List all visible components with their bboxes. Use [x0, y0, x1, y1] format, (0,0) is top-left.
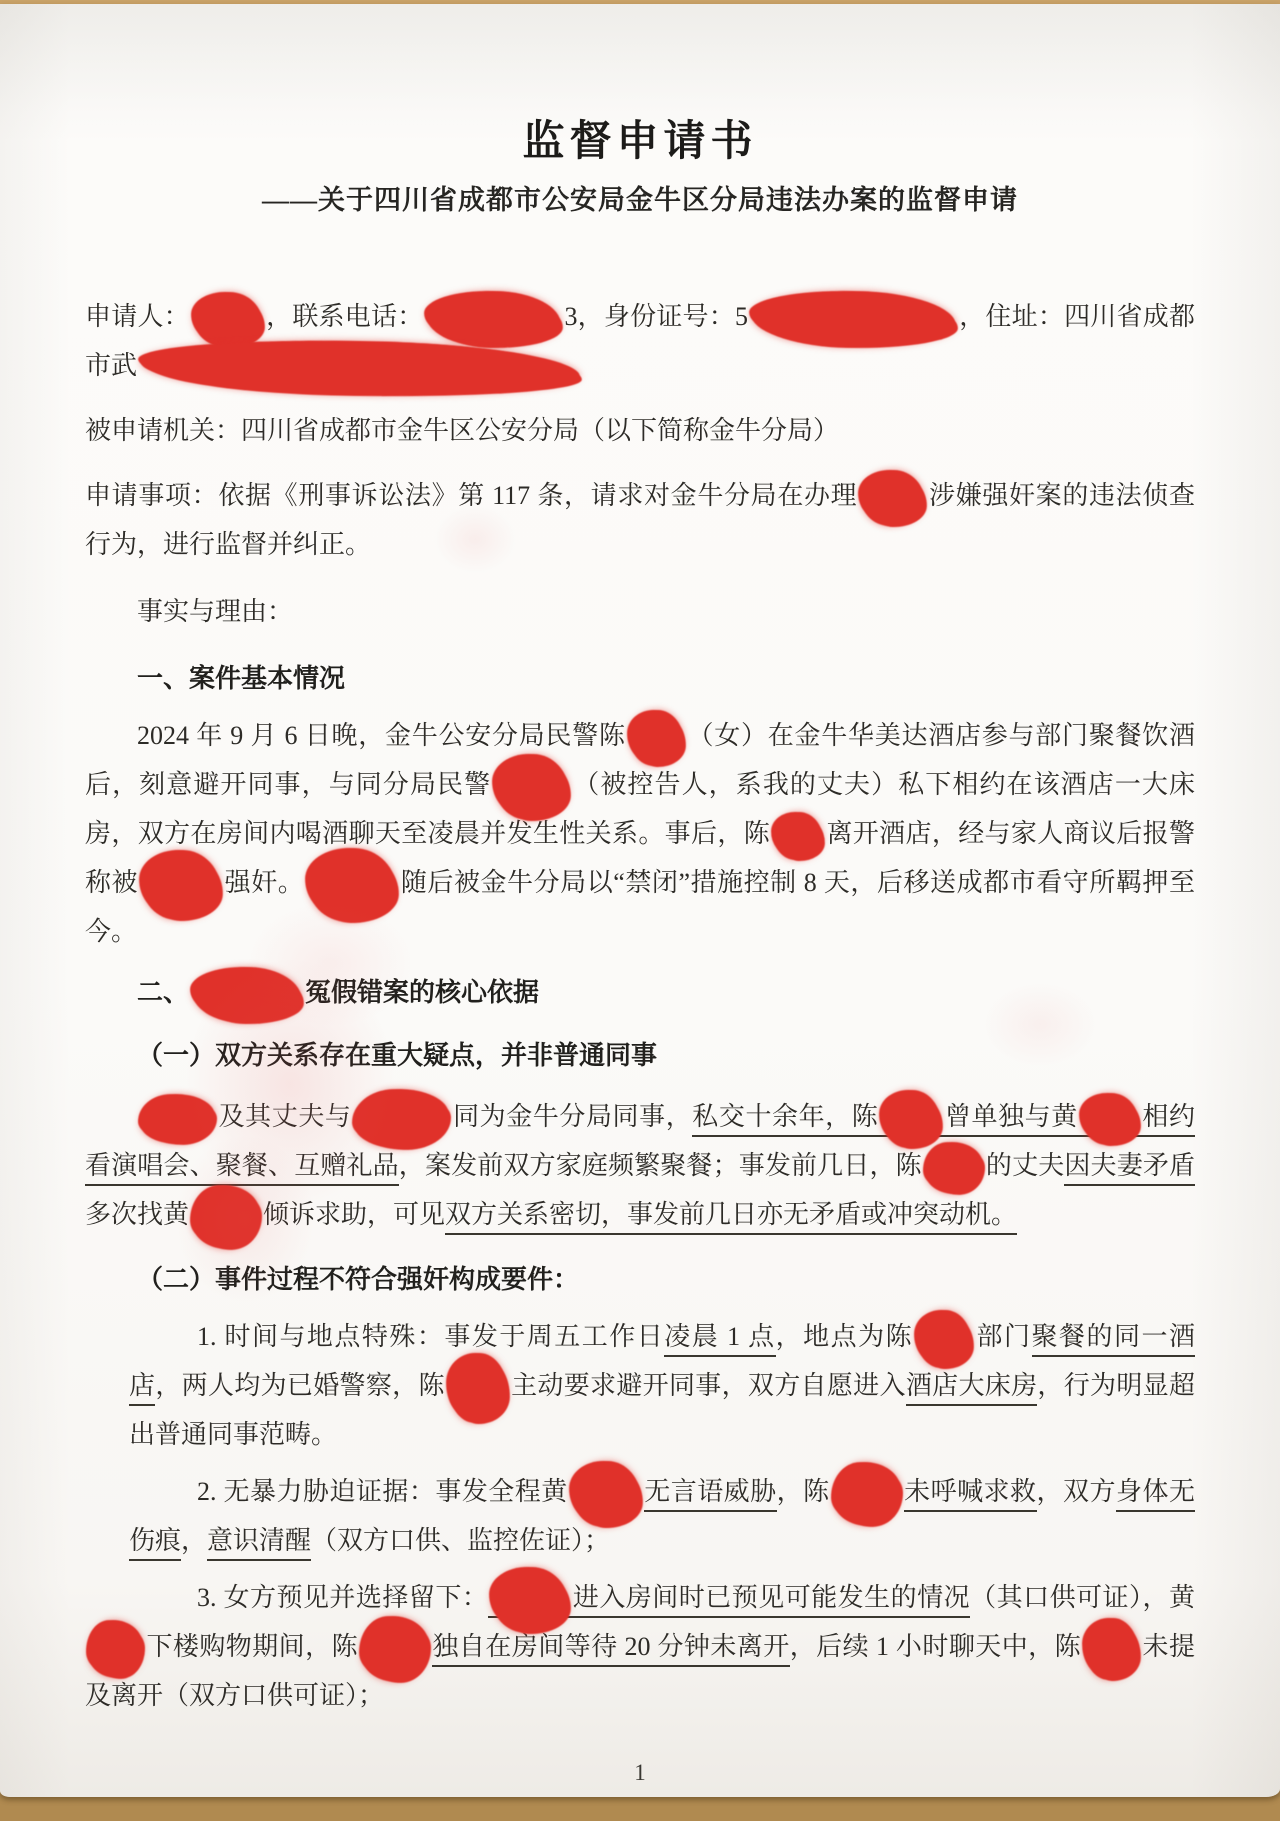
text-run: 申请人：	[85, 302, 190, 331]
section-1-body: 2024 年 9 月 6 日晚，金牛公安分局民警陈（女）在金牛华美达酒店参与部门…	[85, 711, 1195, 956]
redaction-mark	[1083, 1618, 1139, 1681]
text-run: ，	[181, 1526, 207, 1555]
redaction-mark	[570, 1460, 641, 1527]
page-number: 1	[85, 1758, 1195, 1788]
redaction-mark	[773, 812, 824, 861]
text-run: 主动要求避开同事，双方自愿进入	[511, 1371, 906, 1400]
redaction-mark	[916, 1309, 973, 1368]
redaction-mark	[191, 966, 302, 1024]
point-1: 1. 时间与地点特殊：事发于周五工作日凌晨 1 点，地点为陈部门聚餐的同一酒店，…	[129, 1312, 1195, 1459]
redaction-mark	[494, 753, 570, 820]
section-1-heading: 一、案件基本情况	[85, 654, 1195, 703]
redaction-mark	[924, 1141, 983, 1194]
text-run: 事实与理由：	[137, 597, 293, 626]
text-run: 下楼购物期间，陈	[146, 1632, 358, 1661]
text-run: 冤假错案的核心依据	[305, 978, 539, 1007]
subsection-2-1-heading: （一）双方关系存在重大疑点，并非普通同事	[85, 1031, 1195, 1080]
redacted-text	[857, 481, 928, 510]
redaction-mark	[307, 847, 398, 923]
text-run: 二、	[137, 978, 189, 1007]
text-run: 曾单独与黄	[944, 1102, 1077, 1137]
text-run: 3，身份证号：5	[564, 302, 748, 331]
text-run: ，案发前双方家庭频繁聚餐；事发前几日，陈	[399, 1151, 922, 1180]
redaction-mark	[447, 1352, 508, 1423]
text-run: （双方口供、监控佐证）；	[311, 1526, 610, 1555]
text-run: 同为金牛分局同事，	[452, 1102, 692, 1131]
text-run: 2. 无暴力胁迫证据：事发全程黄	[197, 1477, 568, 1506]
text-run: （其口供可证），黄	[970, 1583, 1195, 1612]
text-run: 因夫妻矛盾	[1064, 1151, 1195, 1186]
text-run: ，地点为陈	[776, 1322, 913, 1351]
respondent-info: 被申请机关：四川省成都市金牛区公安分局（以下简称金牛分局）	[85, 406, 1195, 455]
redaction-mark	[140, 337, 581, 399]
redacted-text	[770, 819, 826, 848]
redaction-mark	[1080, 1092, 1139, 1145]
text-run: 进入房间时已预见可能发生的情况	[572, 1583, 970, 1618]
text-run: 酒店大床房	[906, 1371, 1038, 1406]
redacted-text	[351, 1102, 452, 1131]
redaction-mark	[832, 1461, 901, 1526]
text-run: 意识清醒	[207, 1526, 311, 1561]
text-run: ，双方	[1037, 1477, 1116, 1506]
redaction-mark	[750, 289, 956, 349]
text-run: 多次找黄	[85, 1200, 189, 1229]
document-title: 监督申请书	[85, 114, 1195, 170]
point-3: 3. 女方预见并选择留下：进入房间时已预见可能发生的情况（其口供可证），黄下楼购…	[85, 1573, 1195, 1720]
redaction-mark	[426, 290, 562, 349]
applicant-info: 申请人：，联系电话：3，身份证号：5，住址：四川省成都市武	[85, 292, 1195, 390]
facts-and-reasons-label: 事实与理由：	[85, 587, 1195, 636]
redacted-text	[137, 1102, 218, 1131]
redaction-mark	[354, 1088, 450, 1150]
document-content: 监督申请书 ——关于四川省成都市公安局金牛区分局违法办案的监督申请 申请人：，联…	[0, 4, 1280, 1788]
text-run: ，后续 1 小时聊天中，陈	[790, 1632, 1081, 1661]
text-run: 2024 年 9 月 6 日晚，金牛公安分局民警陈	[137, 721, 626, 750]
redaction-mark	[860, 469, 926, 526]
text-run: 双方关系密切，事发前几日亦无矛盾或冲突动机。	[445, 1200, 1017, 1235]
redacted-text	[568, 1477, 644, 1506]
redaction-mark	[360, 1615, 429, 1682]
text-run: 倾诉求助，可见	[263, 1200, 445, 1229]
redaction-mark	[192, 291, 263, 347]
redacted-text	[488, 1583, 572, 1618]
redacted-text	[137, 351, 583, 380]
text-run: 凌晨 1 点	[664, 1322, 775, 1357]
text-run: 一、案件基本情况	[137, 664, 345, 693]
redacted-text	[189, 1200, 263, 1229]
photo-background: { "page": { "title": "监督申请书", "subtitle"…	[0, 0, 1280, 1821]
redaction-mark	[491, 1566, 570, 1633]
redacted-text	[922, 1151, 986, 1180]
redacted-text	[748, 302, 959, 331]
redacted-text	[423, 302, 564, 331]
redacted-text	[85, 1632, 146, 1661]
text-run: 强奸。	[224, 868, 304, 897]
text-run: 无言语威胁	[644, 1477, 777, 1512]
document-subtitle: ——关于四川省成都市公安局金牛区分局违法办案的监督申请	[85, 180, 1195, 220]
text-run: ，联系电话：	[266, 302, 424, 331]
text-run: 及其丈夫与	[218, 1102, 351, 1131]
paper-sheet: 监督申请书 ——关于四川省成都市公安局金牛区分局违法办案的监督申请 申请人：，联…	[0, 4, 1280, 1797]
text-run: 申请事项：依据《刑事诉讼法》第 117 条，请求对金牛分局在办理	[85, 481, 857, 510]
redaction-mark	[628, 710, 684, 767]
redacted-text	[358, 1632, 432, 1661]
redacted-text	[190, 302, 266, 331]
redacted-text	[189, 978, 305, 1007]
subsection-2-2-heading: （二）事件过程不符合强奸构成要件：	[85, 1255, 1195, 1304]
redacted-text	[830, 1477, 904, 1506]
redaction-mark	[881, 1089, 942, 1148]
section-2-heading: 二、冤假错案的核心依据	[85, 968, 1195, 1017]
text-run: 未呼喊求救	[904, 1477, 1037, 1512]
redacted-text	[878, 1102, 944, 1137]
redaction-mark	[140, 849, 221, 921]
text-run: ，两人均为已婚警察，陈	[155, 1371, 444, 1400]
text-run: 的丈夫	[986, 1151, 1065, 1180]
text-run: ，陈	[777, 1477, 830, 1506]
text-run: 部门	[975, 1322, 1031, 1351]
redacted-text	[304, 868, 400, 897]
redacted-text	[491, 770, 572, 799]
subsection-2-1-body: 及其丈夫与同为金牛分局同事，私交十余年，陈曾单独与黄相约看演唱会、聚餐、互赠礼品…	[85, 1092, 1195, 1239]
redaction-mark	[191, 1184, 260, 1249]
redacted-text	[913, 1322, 975, 1351]
text-run: 1. 时间与地点特殊：事发于周五工作日	[197, 1322, 664, 1351]
redacted-text	[138, 868, 224, 897]
redacted-text	[1081, 1632, 1142, 1661]
text-run: （一）双方关系存在重大疑点，并非普通同事	[137, 1041, 657, 1070]
redacted-text	[1078, 1102, 1142, 1137]
redacted-text	[626, 721, 687, 750]
redaction-mark	[87, 1619, 143, 1678]
redacted-text	[445, 1371, 511, 1400]
document-body: 申请人：，联系电话：3，身份证号：5，住址：四川省成都市武被申请机关：四川省成都…	[85, 292, 1195, 1720]
point-2: 2. 无暴力胁迫证据：事发全程黄无言语威胁，陈未呼喊求救，双方身体无伤痕，意识清…	[129, 1467, 1195, 1565]
application-matter: 申请事项：依据《刑事诉讼法》第 117 条，请求对金牛分局在办理涉嫌强奸案的违法…	[85, 471, 1195, 569]
text-run: （二）事件过程不符合强奸构成要件：	[137, 1265, 579, 1294]
redaction-mark	[139, 1093, 215, 1145]
text-run: 独自在房间等待 20 分钟未离开	[432, 1632, 790, 1667]
text-run: 私交十余年，陈	[692, 1102, 878, 1137]
text-run: 被申请机关：四川省成都市金牛区公安分局（以下简称金牛分局）	[85, 416, 839, 445]
text-run: 3. 女方预见并选择留下：	[197, 1583, 488, 1612]
